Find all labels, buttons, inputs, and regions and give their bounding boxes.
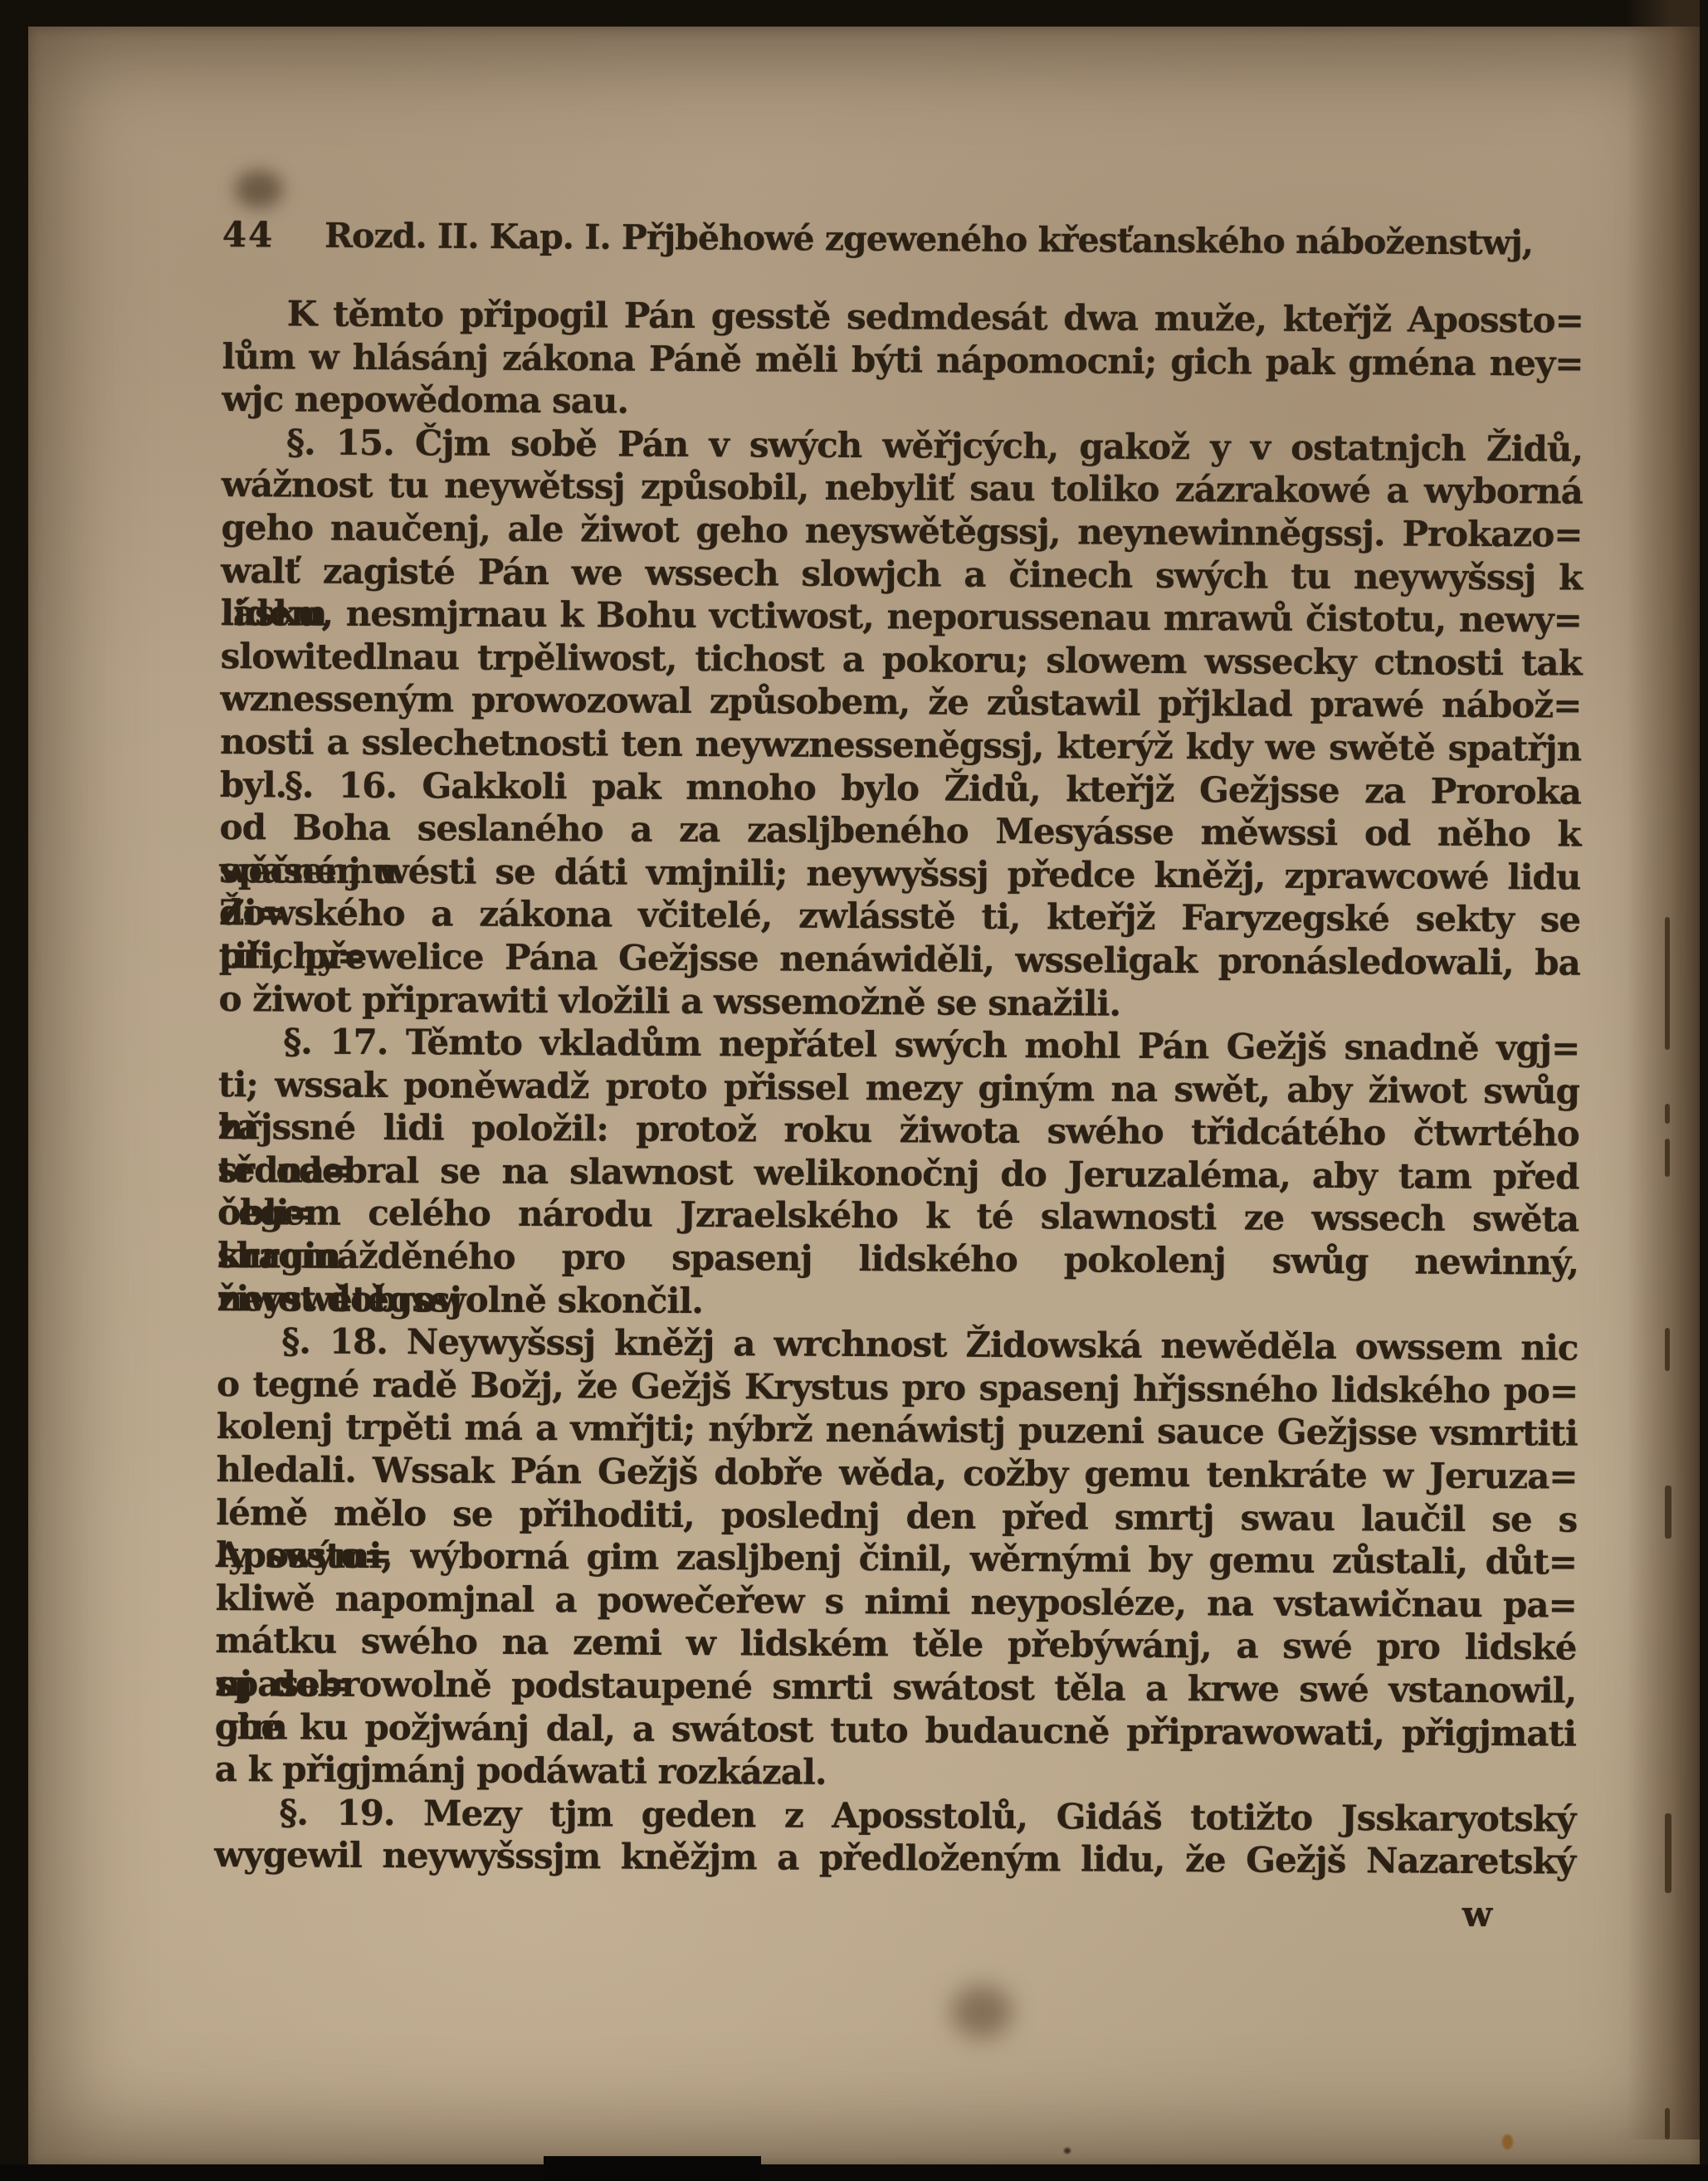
text-line: walť zagisté Pán we wssech slowjch a čin…: [221, 549, 1582, 599]
gutter-shadow: [1627, 0, 1700, 2140]
text-line: K těmto připogil Pán gesstě sedmdesát dw…: [222, 292, 1584, 342]
scan-bottom-border-notch: [544, 2156, 761, 2181]
page-edge-mark: [1665, 1328, 1670, 1371]
page-edge-mark: [1665, 2108, 1670, 2140]
text-line: geho naučenj, ale žiwot geho neyswětěgss…: [221, 506, 1582, 556]
text-line: shromážděného pro spasenj lidského pokol…: [217, 1234, 1579, 1284]
text-line: nj dobrowolně podstaupené smrti swátost …: [215, 1662, 1576, 1712]
text-line: spasenj wésti se dáti vmjnili; neywyšssj…: [219, 849, 1580, 899]
text-line: §. 19. Mezy tjm geden z Aposstolů, Gidáš…: [214, 1791, 1575, 1841]
text-line: slowitedlnau trpěliwost, tichost a pokor…: [221, 635, 1582, 685]
text-line: hřjssné lidi položil: protož roku žiwota…: [218, 1105, 1579, 1155]
text-line: §. 17. Těmto vkladům nepřátel swých mohl…: [218, 1020, 1579, 1070]
text-line: žiwot dobrowolně skončil.: [217, 1277, 1579, 1327]
page-edge-mark: [1665, 1104, 1670, 1124]
scanned-book-page: 44 Rozd. II. Kap. I. Přjběhowé zgeweného…: [0, 0, 1708, 2181]
page-edge-mark: [1665, 1813, 1671, 1893]
text-line: wygewil neywyšssjm kněžjm a předloženým …: [214, 1833, 1575, 1883]
page-header: 44 Rozd. II. Kap. I. Přjběhowé zgeweného…: [222, 214, 1584, 263]
text-line: wážnost tu neywětssj způsobil, nebyliť s…: [222, 463, 1583, 513]
text-line: mátku swého na zemi w lidském těle přebý…: [215, 1619, 1576, 1669]
text-line: ly swými, wýborná gim zasljbenj činil, w…: [216, 1534, 1577, 1583]
catchword: w: [1444, 1894, 1510, 1935]
body-text: K těmto připogil Pán gesstě sedmdesát dw…: [214, 292, 1584, 1884]
text-line: lásku, nesmjrnau k Bohu vctiwost, neporu…: [221, 592, 1582, 642]
text-line: lémě mělo se přihoditi, poslednj den pře…: [216, 1491, 1577, 1541]
text-line: čegem celého národu Jzraelského k té sla…: [217, 1191, 1579, 1241]
text-line: nosti a sslechetnosti ten neywznesseněgs…: [220, 720, 1581, 770]
text-line: kliwě napomjnal a powečeřew s nimi neypo…: [216, 1577, 1577, 1627]
scan-bottom-border: [0, 2164, 1708, 2181]
text-line: ti; wssak poněwadž proto přissel mezy gi…: [218, 1063, 1579, 1113]
text-line: §. 18. Neywyšssj kněžj a wrchnost Židows…: [217, 1320, 1578, 1369]
page-edge-mark: [1665, 1139, 1670, 1177]
text-line: kolenj trpěti má a vmřjti; nýbrž nenáwis…: [217, 1405, 1578, 1455]
page-edge-mark: [1665, 917, 1670, 1050]
page-edge-mark: [1665, 1486, 1671, 1539]
text-line: lům w hlásánj zákona Páně měli býti nápo…: [222, 335, 1583, 385]
text-line: tě odebral se na slawnost welikonočnj do…: [217, 1149, 1579, 1198]
running-title: Rozd. II. Kap. I. Přjběhowé zgeweného kř…: [274, 215, 1584, 263]
text-line: §. 16. Gakkoli pak mnoho bylo Židů, kteř…: [220, 764, 1581, 813]
text-line: o žiwot připrawiti vložili a wssemožně s…: [218, 977, 1579, 1027]
text-line: dowského a zákona včitelé, zwlásstě ti, …: [219, 891, 1580, 941]
text-line: obé ku požjwánj dal, a swátost tuto buda…: [215, 1705, 1576, 1755]
text-line: hledali. Wssak Pán Gežjš dobře wěda, což…: [216, 1448, 1577, 1498]
text-line: od Boha seslaného a za zasljbeného Mesyá…: [219, 806, 1580, 856]
text-line: §. 15. Čjm sobě Pán v swých wěřjcých, ga…: [222, 421, 1583, 471]
page-number: 44: [222, 214, 275, 255]
text-line: tili, přewelice Pána Gežjsse nenáwiděli,…: [219, 934, 1580, 984]
text-line: o tegné radě Božj, že Gežjš Krystus pro …: [217, 1363, 1578, 1413]
text-line: wznesseným prowozowal způsobem, že zůsta…: [220, 677, 1581, 727]
text-line: wjc nepowědoma sau.: [222, 378, 1583, 427]
text-line: a k přigjmánj podáwati rozkázal.: [215, 1748, 1576, 1798]
